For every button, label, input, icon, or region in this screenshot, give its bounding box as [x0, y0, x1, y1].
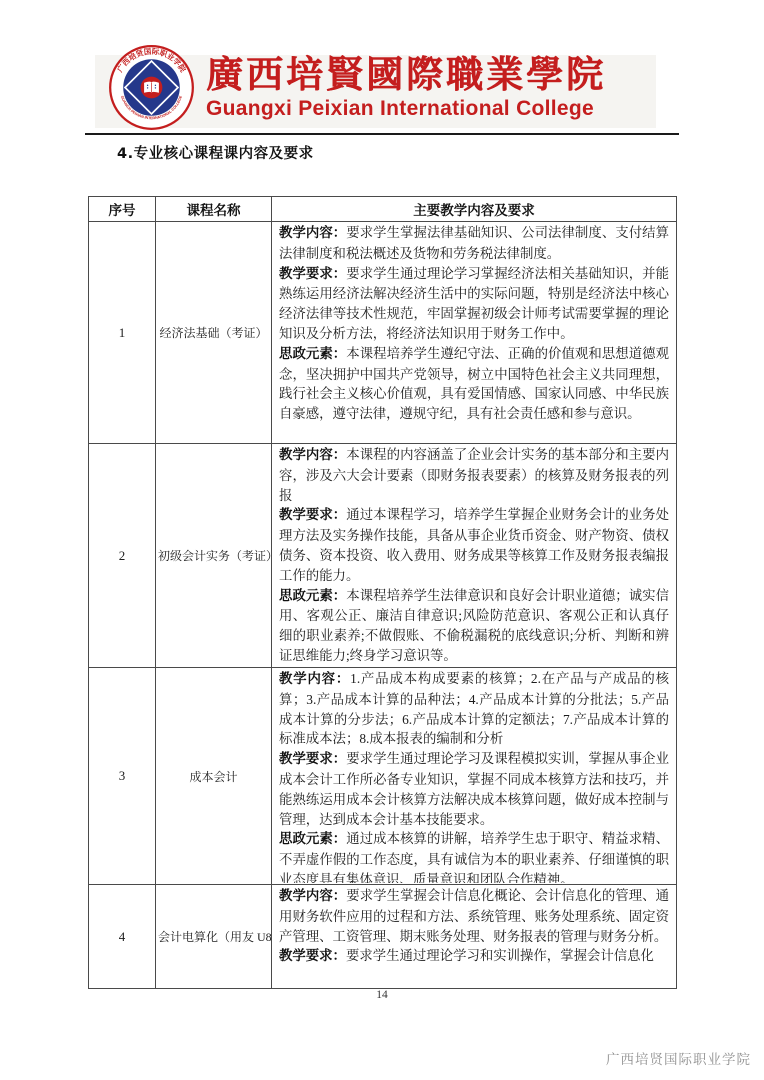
content-paragraph: 思政元素：本课程培养学生法律意识和良好会计职业道德；诚实信用、客观公正、廉洁自律… [279, 586, 669, 666]
college-name-chinese: 廣西培賢國際職業學院 [206, 53, 658, 96]
table-row: 2 初级会计实务（考证） 教学内容：本课程的内容涵盖了企业会计实务的基本部分和主… [89, 444, 677, 668]
paragraph-label: 思政元素： [279, 347, 346, 362]
college-logo: 广西培贤国际职业学院 GUANGXI PEIXIAN INTERNATIONAL… [108, 44, 195, 131]
col-header-number: 序号 [89, 197, 156, 222]
content-paragraph: 思政元素：本课程培养学生遵纪守法、正确的价值观和思想道德观念，坚决拥护中国共产党… [279, 344, 669, 424]
document-page: 广西培贤国际职业学院 GUANGXI PEIXIAN INTERNATIONAL… [0, 0, 764, 1080]
table-row: 4 会计电算化（用友 U8） 教学内容：要求学生掌握会计信息化概论、会计信息化的… [89, 885, 677, 989]
course-content: 教学内容：1.产品成本构成要素的核算；2.在产品与产成品的核算；3.产品成本计算… [272, 668, 677, 885]
course-name: 会计电算化（用友 U8） [156, 885, 272, 989]
col-header-course-name: 课程名称 [156, 197, 272, 222]
course-table: 序号 课程名称 主要教学内容及要求 1 经济法基础（考证） 教学内容：要求学生掌… [88, 196, 677, 989]
table-row: 3 成本会计 教学内容：1.产品成本构成要素的核算；2.在产品与产成品的核算；3… [89, 668, 677, 885]
content-paragraph: 教学要求：要求学生通过理论学习和实训操作，掌握会计信息化 [279, 946, 669, 967]
page-number: 14 [88, 989, 676, 1001]
content-paragraph: 教学内容：要求学生掌握会计信息化概论、会计信息化的管理、通用财务软件应用的过程和… [279, 886, 669, 946]
course-name: 经济法基础（考证） [156, 222, 272, 444]
paragraph-label: 教学要求： [279, 949, 346, 964]
paragraph-label: 教学要求： [279, 752, 346, 767]
paragraph-label: 思政元素： [279, 589, 346, 604]
content-paragraph: 教学内容：要求学生掌握法律基础知识、公司法律制度、支付结算法律制度和税法概述及货… [279, 223, 669, 264]
paragraph-label: 思政元素： [279, 832, 346, 847]
course-number: 1 [89, 222, 156, 444]
course-content: 教学内容：本课程的内容涵盖了企业会计实务的基本部分和主要内容，涉及六大会计要素（… [272, 444, 677, 668]
college-brand: 廣西培賢國際職業學院 Guangxi Peixian International… [206, 53, 658, 122]
footer-college-name: 广西培贤国际职业学院 [606, 1048, 751, 1068]
paragraph-label: 教学内容： [279, 889, 346, 904]
open-book-icon [144, 82, 159, 93]
course-number: 4 [89, 885, 156, 989]
college-name-english: Guangxi Peixian International College [206, 96, 658, 122]
paragraph-label: 教学要求： [279, 508, 346, 523]
table-header-row: 序号 课程名称 主要教学内容及要求 [89, 197, 677, 222]
paragraph-label: 教学内容： [279, 672, 350, 687]
course-name: 成本会计 [156, 668, 272, 885]
content-paragraph: 教学要求：要求学生通过理论学习及课程模拟实训，掌握从事企业成本会计工作所必备专业… [279, 749, 669, 829]
section-title: 4.专业核心课程课内容及要求 [117, 142, 314, 163]
paragraph-label: 教学要求： [279, 267, 346, 282]
paragraph-text: 要求学生通过理论学习和实训操作，掌握会计信息化 [346, 948, 654, 963]
content-paragraph: 教学要求：要求学生通过理论学习掌握经济法相关基础知识，并能熟练运用经济法解决经济… [279, 264, 669, 344]
header-divider [85, 133, 679, 135]
col-header-content: 主要教学内容及要求 [272, 197, 677, 222]
content-paragraph: 思政元素：通过成本核算的讲解，培养学生忠于职守、精益求精、不弄虚作假的工作态度，… [279, 829, 669, 883]
content-paragraph: 教学内容：1.产品成本构成要素的核算；2.在产品与产成品的核算；3.产品成本计算… [279, 669, 669, 749]
content-paragraph: 教学要求：通过本课程学习，培养学生掌握企业财务会计的业务处理方法及实务操作技能，… [279, 505, 669, 585]
course-content: 教学内容：要求学生掌握会计信息化概论、会计信息化的管理、通用财务软件应用的过程和… [272, 885, 677, 989]
table-row: 1 经济法基础（考证） 教学内容：要求学生掌握法律基础知识、公司法律制度、支付结… [89, 222, 677, 444]
paragraph-label: 教学内容： [279, 448, 346, 463]
course-content: 教学内容：要求学生掌握法律基础知识、公司法律制度、支付结算法律制度和税法概述及货… [272, 222, 677, 444]
course-name: 初级会计实务（考证） [156, 444, 272, 668]
course-number: 2 [89, 444, 156, 668]
paragraph-label: 教学内容： [279, 226, 346, 241]
content-paragraph: 教学内容：本课程的内容涵盖了企业会计实务的基本部分和主要内容，涉及六大会计要素（… [279, 445, 669, 505]
course-number: 3 [89, 668, 156, 885]
college-seal-icon: 广西培贤国际职业学院 GUANGXI PEIXIAN INTERNATIONAL… [108, 44, 195, 131]
